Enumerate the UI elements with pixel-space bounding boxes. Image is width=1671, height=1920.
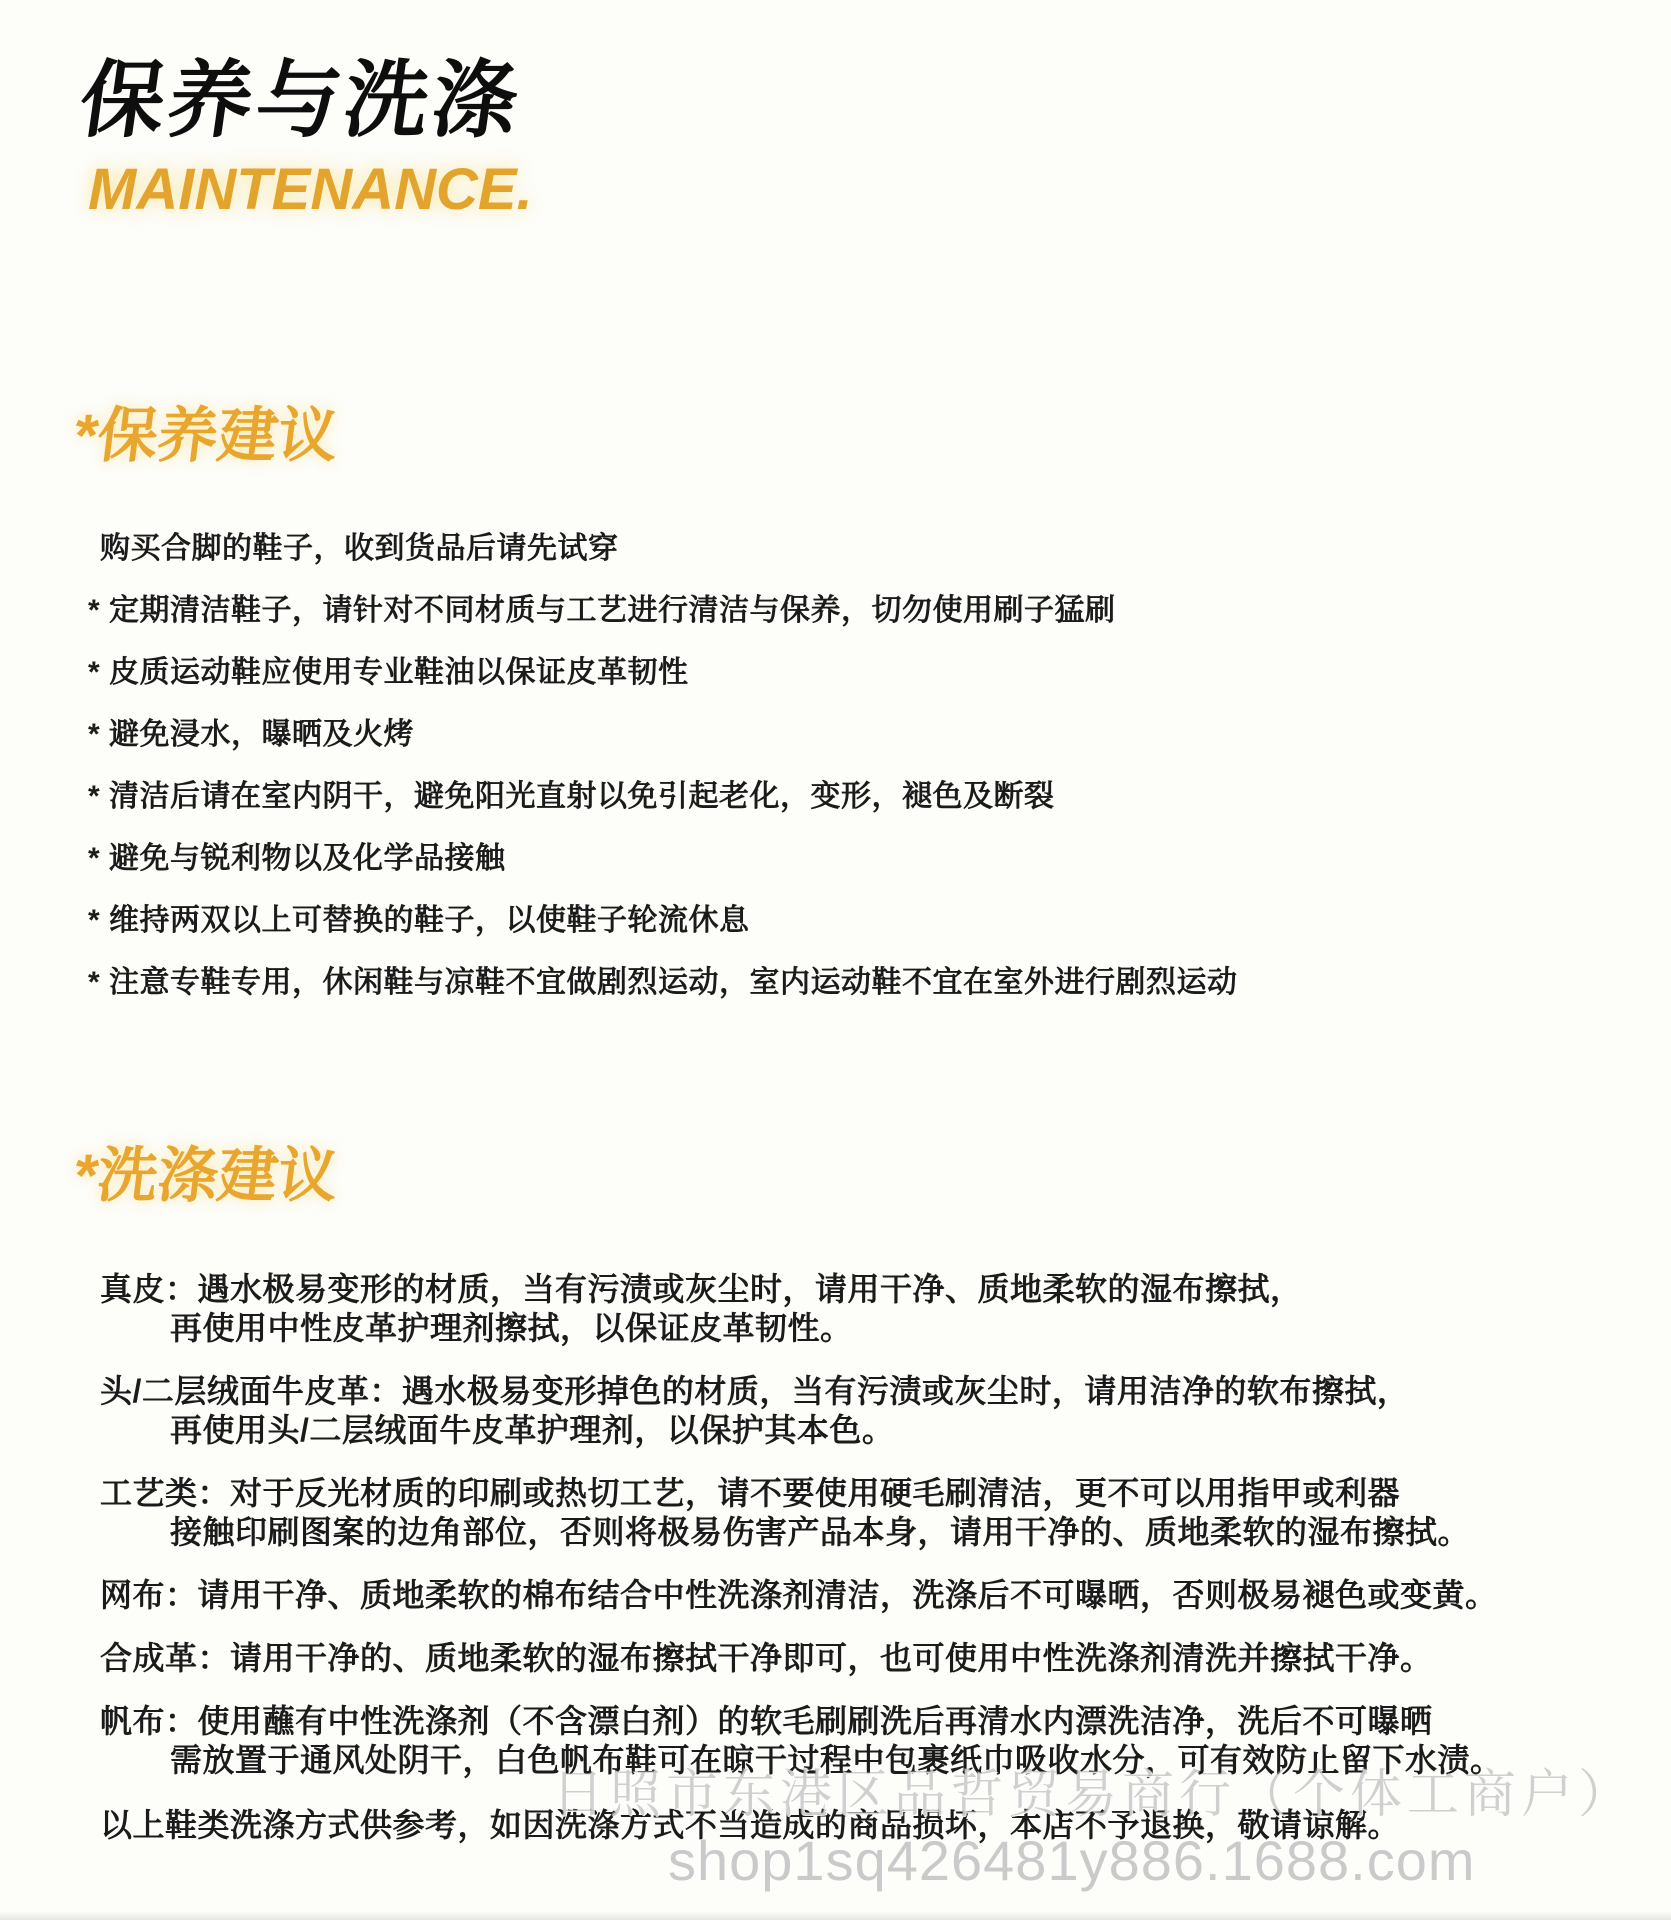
care-tip: * 注意专鞋专用，休闲鞋与凉鞋不宜做剧烈运动，室内运动鞋不宜在室外进行剧烈运动 — [88, 966, 1628, 999]
wash-instruction-leather: 真皮：遇水极易变形的材质，当有污渍或灰尘时，请用干净、质地柔软的湿布擦拭， 再使… — [100, 1270, 1640, 1348]
wash-instruction-mesh: 网布：请用干净、质地柔软的棉布结合中性洗涤剂清洁，洗涤后不可曝晒，否则极易褪色或… — [100, 1576, 1640, 1615]
care-section-heading: *保养建议 — [70, 400, 342, 472]
wash-instruction-synthetic: 合成革：请用干净的、质地柔软的湿布擦拭干净即可，也可使用中性洗涤剂清洗并擦拭干净… — [100, 1639, 1640, 1678]
wash-instruction-line: 真皮：遇水极易变形的材质，当有污渍或灰尘时，请用干净、质地柔软的湿布擦拭， — [100, 1270, 1640, 1309]
care-tip: * 清洁后请在室内阴干，避免阳光直射以免引起老化，变形，褪色及断裂 — [88, 780, 1628, 813]
care-tip: * 维持两双以上可替换的鞋子，以使鞋子轮流休息 — [88, 904, 1628, 937]
care-tip: 购买合脚的鞋子，收到货品后请先试穿 — [88, 532, 1628, 565]
wash-instruction-line: 合成革：请用干净的、质地柔软的湿布擦拭干净即可，也可使用中性洗涤剂清洗并擦拭干净… — [100, 1639, 1640, 1678]
wash-instruction-line: 头/二层绒面牛皮革：遇水极易变形掉色的材质，当有污渍或灰尘时，请用洁净的软布擦拭… — [100, 1372, 1640, 1411]
wash-instruction-craft: 工艺类：对于反光材质的印刷或热切工艺，请不要使用硬毛刷清洁，更不可以用指甲或利器… — [100, 1474, 1640, 1552]
watermark-company: 日照市东港区品哲贸易商行（个体工商户） — [552, 1752, 1635, 1827]
wash-instruction-line: 工艺类：对于反光材质的印刷或热切工艺，请不要使用硬毛刷清洁，更不可以用指甲或利器 — [100, 1474, 1640, 1513]
care-tip: * 定期清洁鞋子，请针对不同材质与工艺进行清洁与保养，切勿使用刷子猛刷 — [88, 594, 1628, 627]
care-tip: * 避免浸水，曝晒及火烤 — [88, 718, 1628, 751]
wash-instruction-suede: 头/二层绒面牛皮革：遇水极易变形掉色的材质，当有污渍或灰尘时，请用洁净的软布擦拭… — [100, 1372, 1640, 1450]
wash-instruction-line: 再使用中性皮革护理剂擦拭，以保证皮革韧性。 — [100, 1309, 1640, 1348]
wash-section-heading: *洗涤建议 — [70, 1140, 342, 1212]
page-title: 保养与洗涤 — [74, 52, 528, 149]
care-tips-list: 购买合脚的鞋子，收到货品后请先试穿 * 定期清洁鞋子，请针对不同材质与工艺进行清… — [88, 532, 1628, 999]
wash-instruction-line: 网布：请用干净、质地柔软的棉布结合中性洗涤剂清洁，洗涤后不可曝晒，否则极易褪色或… — [100, 1576, 1640, 1615]
care-tip: * 避免与锐利物以及化学品接触 — [88, 842, 1628, 875]
wash-instruction-line: 帆布：使用蘸有中性洗涤剂（不含漂白剂）的软毛刷刷洗后再清水内漂洗洁净，洗后不可曝… — [100, 1702, 1640, 1741]
watermark-url: shop1sq426481y886.1688.com — [668, 1828, 1476, 1893]
maintenance-instructions-card: 保养与洗涤 MAINTENANCE. *保养建议 购买合脚的鞋子，收到货品后请先… — [0, 0, 1671, 1920]
page-subtitle: MAINTENANCE. — [88, 156, 533, 223]
bottom-edge-artifact — [0, 1911, 1671, 1920]
wash-instructions-list: 真皮：遇水极易变形的材质，当有污渍或灰尘时，请用干净、质地柔软的湿布擦拭， 再使… — [100, 1270, 1640, 1780]
wash-instruction-line: 再使用头/二层绒面牛皮革护理剂，以保护其本色。 — [100, 1411, 1640, 1450]
care-tip: * 皮质运动鞋应使用专业鞋油以保证皮革韧性 — [88, 656, 1628, 689]
wash-instruction-line: 接触印刷图案的边角部位，否则将极易伤害产品本身，请用干净的、质地柔软的湿布擦拭。 — [100, 1513, 1640, 1552]
